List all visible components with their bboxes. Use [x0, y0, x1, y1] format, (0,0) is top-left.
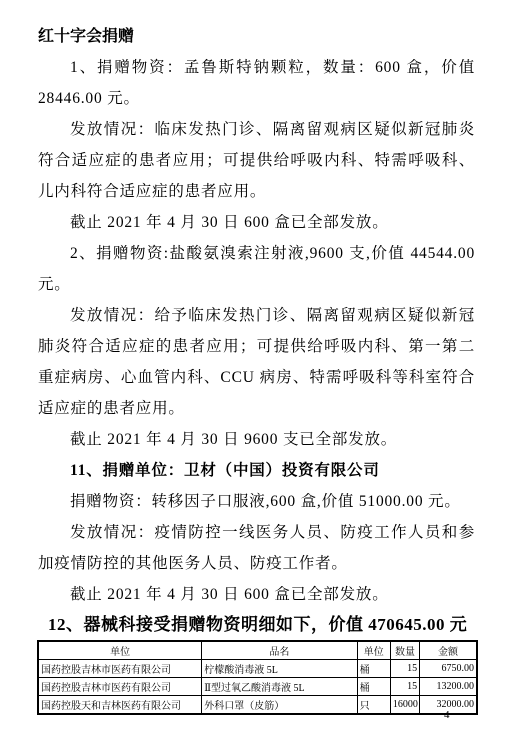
- table-row: 国药控股吉林市医药有限公司 Ⅱ型过氧乙酸消毒液 5L 桶 15 13200.00: [38, 678, 477, 696]
- table-header-donor: 单位: [38, 641, 202, 660]
- paragraph-donation2-status: 截止 2021 年 4 月 30 日 9600 支已全部发放。: [38, 424, 475, 455]
- table-cell-item-name: 柠檬酸消毒液 5L: [202, 660, 357, 678]
- document-body: 红十字会捐赠 1、捐赠物资：孟鲁斯特钠颗粒，数量：600 盒，价值 28446.…: [0, 0, 511, 715]
- table-cell-donor: 国药控股吉林市医药有限公司: [38, 678, 202, 696]
- table-cell-unit: 桶: [357, 660, 390, 678]
- heading-section-12: 12、器械科接受捐赠物资明细如下，价值 470645.00 元: [38, 612, 475, 638]
- table-header-amount: 金额: [420, 641, 477, 660]
- heading-donor-section-11: 11、捐赠单位：卫材（中国）投资有限公司: [38, 455, 475, 486]
- table-cell-unit: 桶: [357, 678, 390, 696]
- donation-details-table: 单位 品名 单位 数量 金额 国药控股吉林市医药有限公司 柠檬酸消毒液 5L 桶…: [37, 640, 478, 715]
- table-cell-amount: 13200.00: [420, 678, 477, 696]
- table-cell-unit: 只: [357, 696, 390, 715]
- paragraph-donation2-materials: 2、捐赠物资:盐酸氨溴索注射液,9600 支,价值 44544.00 元。: [38, 238, 475, 300]
- table-header-unit: 单位: [357, 641, 390, 660]
- paragraph-donation1-materials: 1、捐赠物资：孟鲁斯特钠颗粒，数量：600 盒，价值 28446.00 元。: [38, 52, 475, 114]
- document-title: 红十字会捐赠: [38, 21, 475, 52]
- paragraph-donation11-distribution: 发放情况：疫情防控一线医务人员、防疫工作人员和参加疫情防控的其他医务人员、防疫工…: [38, 517, 475, 579]
- table-cell-donor: 国药控股天和吉林医药有限公司: [38, 696, 202, 715]
- paragraph-donation2-distribution: 发放情况：给予临床发热门诊、隔离留观病区疑似新冠肺炎符合适应症的患者应用；可提供…: [38, 300, 475, 424]
- table-cell-quantity: 15: [390, 660, 419, 678]
- table-row: 国药控股吉林市医药有限公司 柠檬酸消毒液 5L 桶 15 6750.00: [38, 660, 477, 678]
- table-cell-quantity: 16000: [390, 696, 419, 715]
- paragraph-donation11-materials: 捐赠物资：转移因子口服液,600 盒,价值 51000.00 元。: [38, 486, 475, 517]
- table-cell-quantity: 15: [390, 678, 419, 696]
- paragraph-donation1-distribution: 发放情况：临床发热门诊、隔离留观病区疑似新冠肺炎符合适应症的患者应用；可提供给呼…: [38, 114, 475, 207]
- document-page: 红十字会捐赠 1、捐赠物资：孟鲁斯特钠颗粒，数量：600 盒，价值 28446.…: [0, 0, 511, 735]
- paragraph-donation11-status: 截止 2021 年 4 月 30 日 600 盒已全部发放。: [38, 579, 475, 610]
- paragraph-donation1-status: 截止 2021 年 4 月 30 日 600 盒已全部发放。: [38, 207, 475, 238]
- table-header-item-name: 品名: [202, 641, 357, 660]
- table-cell-amount: 6750.00: [420, 660, 477, 678]
- table-cell-item-name: Ⅱ型过氧乙酸消毒液 5L: [202, 678, 357, 696]
- table-header-quantity: 数量: [390, 641, 419, 660]
- table-header-row: 单位 品名 单位 数量 金额: [38, 641, 477, 660]
- table-cell-donor: 国药控股吉林市医药有限公司: [38, 660, 202, 678]
- table-row: 国药控股天和吉林医药有限公司 外科口罩（皮筋） 只 16000 32000.00: [38, 696, 477, 715]
- page-number: 4: [444, 708, 450, 722]
- table-cell-item-name: 外科口罩（皮筋）: [202, 696, 357, 715]
